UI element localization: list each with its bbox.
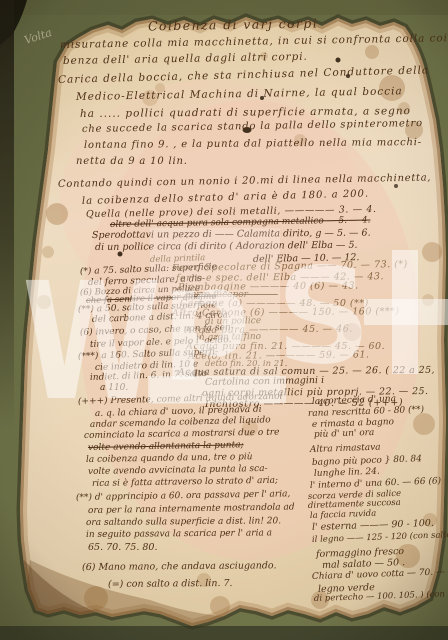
manuscript-photo: Volta Coibenza di varj corpi misuratane … [0, 0, 448, 640]
watermark-letter: p [162, 246, 251, 384]
watermark-plus-icon [364, 250, 448, 374]
watermark-letter: W [22, 249, 161, 437]
watermark: WpS [0, 0, 448, 640]
watermark-letter: S [276, 240, 371, 394]
